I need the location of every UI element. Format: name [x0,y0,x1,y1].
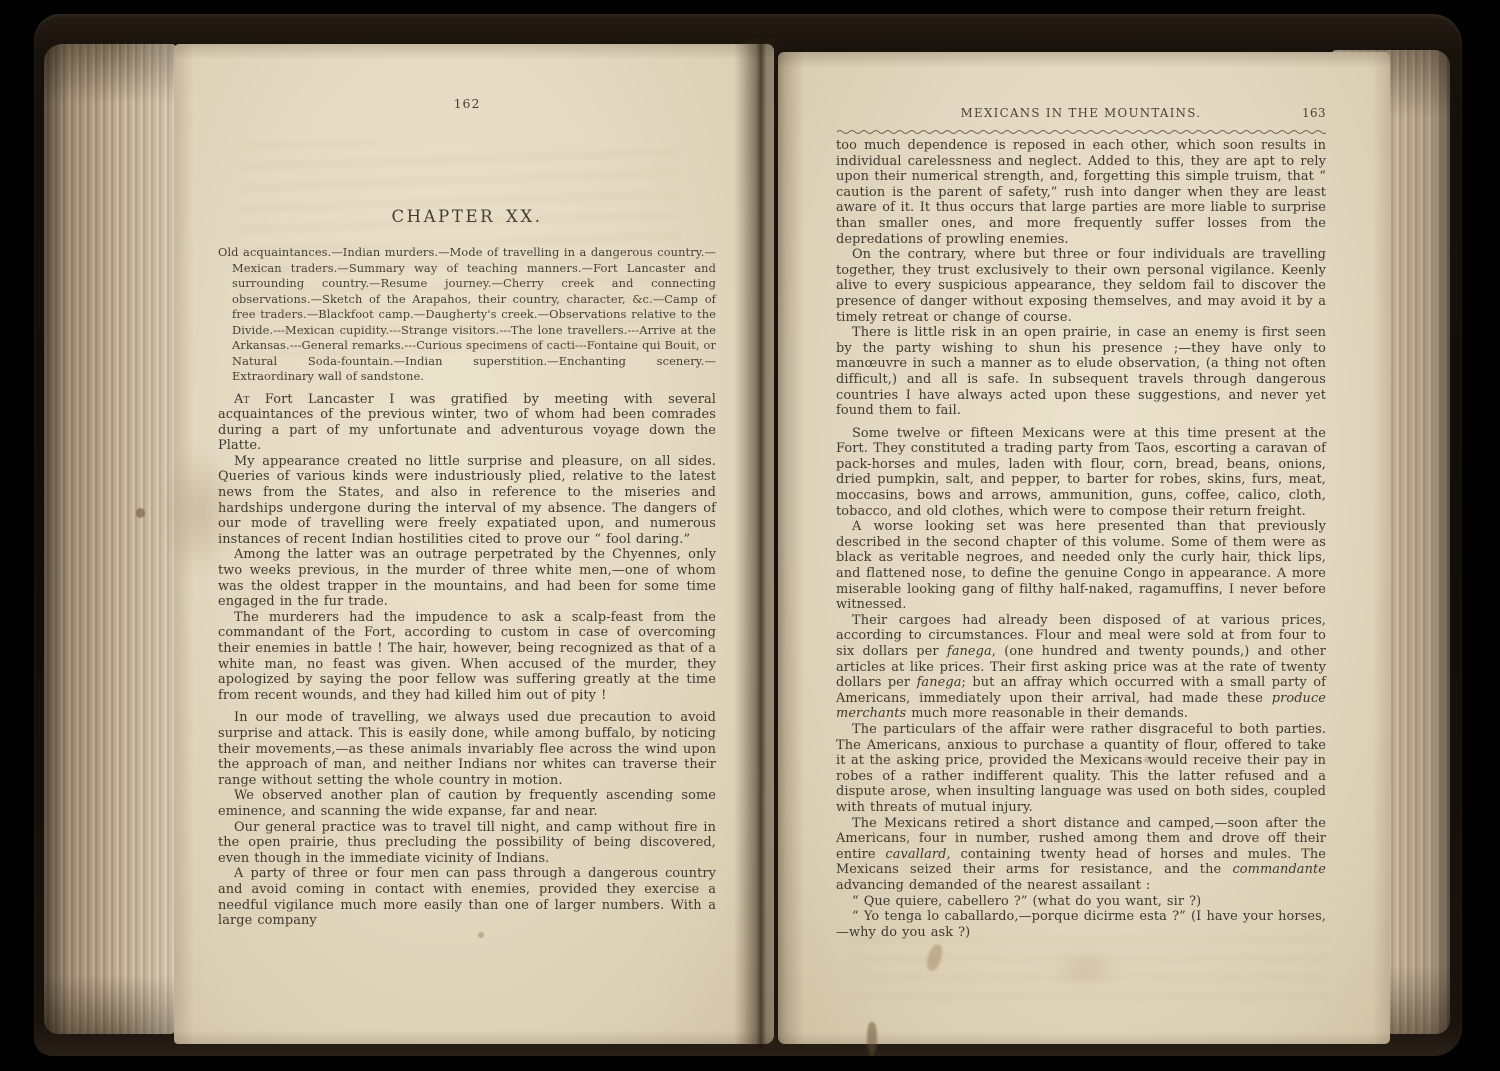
paragraph: “ Yo tenga lo caballardo,—porque dicirme… [836,909,1326,940]
left-page: 162 CHAPTER XX. Old acquaintances.—India… [174,44,774,1044]
chapter-summary: Old acquaintances.—Indian murders.—Mode … [218,245,716,385]
paragraph: We observed another plan of caution by f… [218,788,716,819]
paragraph: At Fort Lancaster I was gratified by mee… [218,392,716,454]
running-header-row: MEXICANS IN THE MOUNTAINS. 163 [836,106,1326,122]
chapter-heading: CHAPTER XX. [218,207,716,226]
left-page-edges [44,44,176,1034]
paragraph: There is little risk in an open prairie,… [836,325,1326,419]
paragraph: My appearance created no little surprise… [218,454,716,548]
paragraph: Our general practice was to travel till … [218,820,716,867]
paragraph: Some twelve or fifteen Mexicans were at … [836,426,1326,520]
left-page-body: At Fort Lancaster I was gratified by mee… [218,392,716,929]
paragraph: The murderers had the impudence to ask a… [218,610,716,704]
paragraph: Among the latter was an outrage perpetra… [218,547,716,609]
page-number-left: 162 [218,96,716,111]
right-page-body: too much dependence is reposed in each o… [836,138,1326,940]
paragraph: The Mexicans retired a short distance an… [836,816,1326,894]
wavy-rule [836,128,1326,135]
page-number-right: 163 [1302,106,1326,120]
paragraph: The particulars of the affair were rathe… [836,722,1326,816]
book: 162 CHAPTER XX. Old acquaintances.—India… [34,14,1462,1056]
paragraph: A party of three or four men can pass th… [218,866,716,928]
paragraph: too much dependence is reposed in each o… [836,138,1326,247]
paragraph: On the contrary, where but three or four… [836,247,1326,325]
paragraph: Their cargoes had already been disposed … [836,613,1326,722]
paragraph: In our mode of travelling, we always use… [218,710,716,788]
paragraph: “ Que quiere, cabellero ?” (what do you … [836,894,1326,910]
photo-background: 162 CHAPTER XX. Old acquaintances.—India… [0,0,1500,1071]
right-page: MEXICANS IN THE MOUNTAINS. 163 too much … [778,52,1390,1044]
running-header: MEXICANS IN THE MOUNTAINS. [961,106,1202,120]
paragraph: A worse looking set was here presented t… [836,519,1326,613]
